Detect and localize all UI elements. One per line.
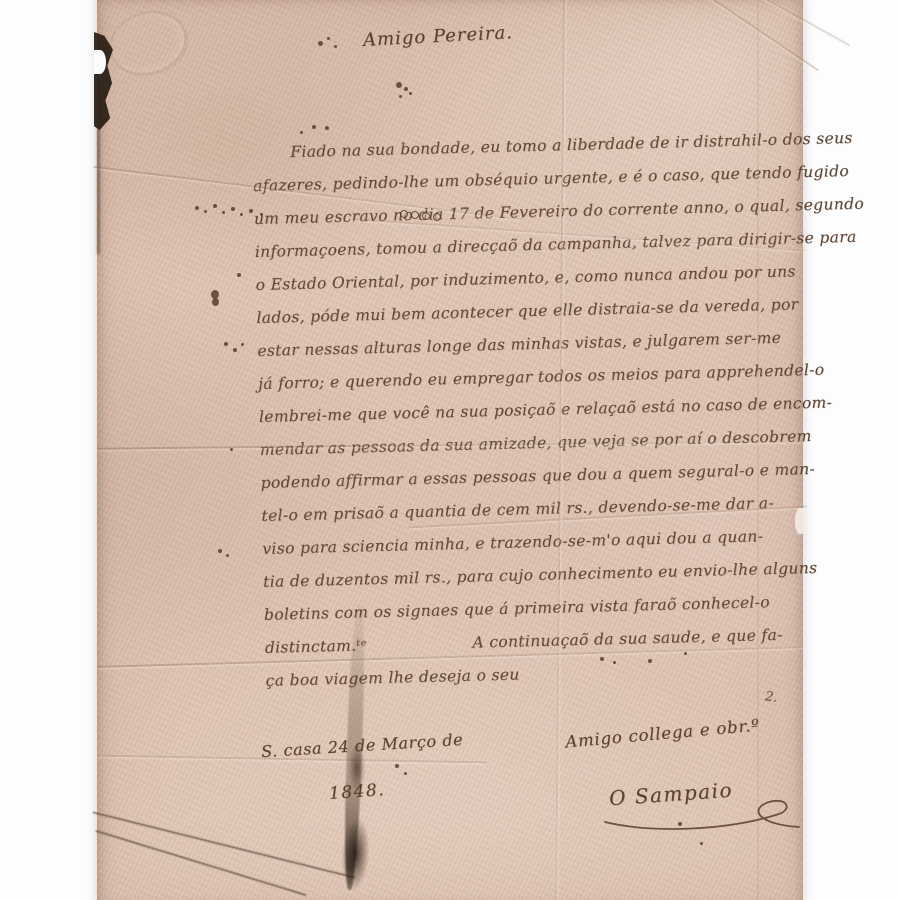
- ink-blot: [231, 207, 235, 211]
- ink-blot: [224, 342, 228, 346]
- stray-ink-mark: 2.: [764, 689, 778, 706]
- ink-blot: [613, 661, 616, 664]
- ink-ring-blot: [422, 212, 430, 220]
- ink-blot: [327, 37, 330, 40]
- ink-blot: [237, 273, 241, 277]
- ink-blot: [249, 209, 253, 213]
- ink-blot: [233, 348, 237, 352]
- ink-blot: [230, 448, 233, 451]
- ink-blot: [204, 210, 207, 213]
- ink-blot: [684, 652, 687, 655]
- valediction: Amigo collega e obr.º: [565, 716, 761, 752]
- salutation: Amigo Pereira.: [363, 22, 514, 51]
- ink-blot: [404, 772, 407, 775]
- ink-blot: [213, 204, 217, 208]
- edge-tear-notch: [94, 50, 106, 74]
- ink-smudge-blob: [340, 817, 372, 891]
- ink-blot: [195, 206, 199, 210]
- letter-body: Fiado na sua bondade, eu tomo a liberdad…: [252, 123, 818, 698]
- ink-blot: [396, 82, 402, 88]
- ink-blot: [226, 554, 229, 557]
- ink-blot: [222, 211, 225, 214]
- ink-blot: [240, 213, 243, 216]
- signature-flourish: [597, 790, 812, 846]
- wrinkle-crease: [718, 0, 850, 46]
- date-year: 1848.: [328, 780, 385, 804]
- ink-blot: [218, 549, 222, 553]
- ink-ring-blot: [411, 211, 419, 219]
- ink-blot: [241, 343, 244, 346]
- ink-blot: [409, 92, 412, 95]
- ink-ring-blot: [400, 210, 408, 218]
- document-scan: Amigo Pereira. Fiado na sua bondade, eu …: [0, 0, 900, 900]
- left-edge-shadow: [97, 124, 100, 254]
- ink-blot: [404, 87, 408, 91]
- ink-blot: [399, 95, 402, 98]
- ink-blot: [260, 213, 263, 216]
- ink-blot: [318, 41, 323, 46]
- letter-paper: Amigo Pereira. Fiado na sua bondade, eu …: [97, 0, 803, 900]
- right-edge-chip: [795, 508, 805, 534]
- ink-blot: [648, 659, 652, 663]
- ink-ring-blot: [433, 213, 441, 221]
- ink-blot: [300, 131, 303, 134]
- ink-blot: [212, 298, 219, 306]
- ink-blot: [312, 125, 316, 129]
- ink-blot: [334, 45, 337, 48]
- embossed-stamp: [101, 1, 194, 84]
- wrinkle-crease: [677, 0, 819, 71]
- ink-blot: [325, 126, 329, 130]
- ink-blot: [395, 764, 399, 768]
- ink-blot: [600, 657, 604, 661]
- edge-tear: [94, 32, 113, 130]
